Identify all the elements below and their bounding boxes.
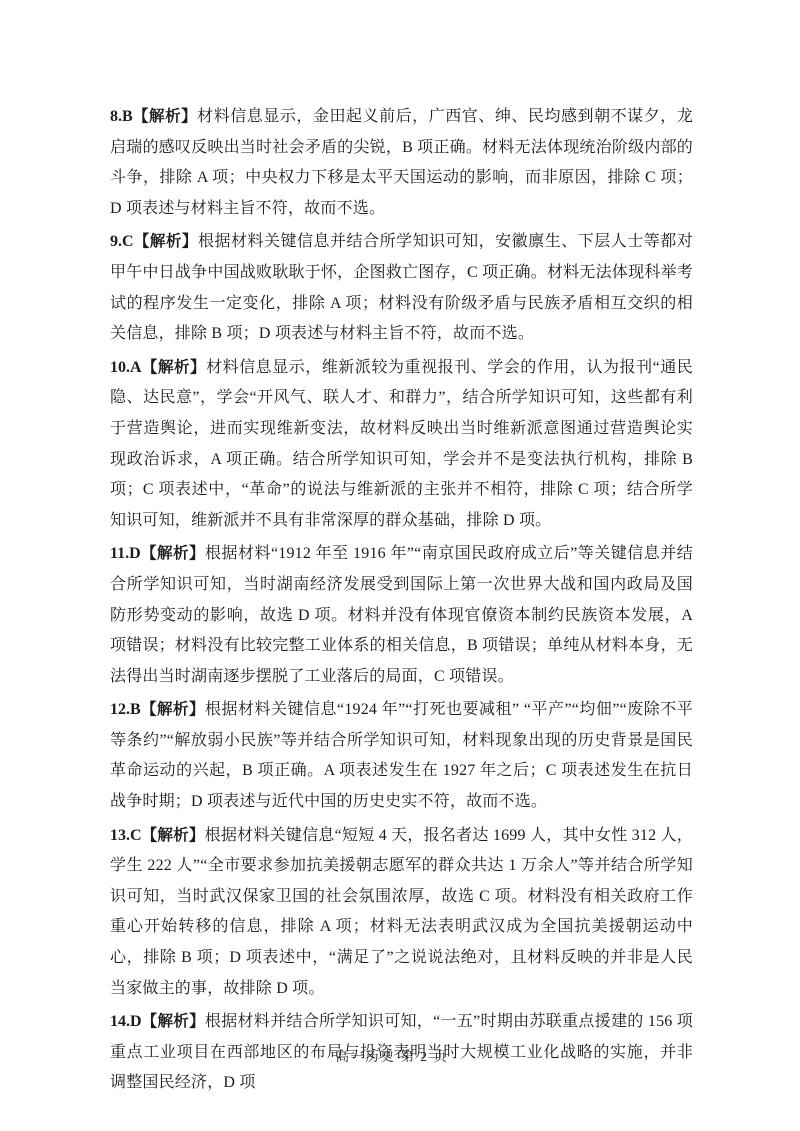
question-answer-label: 9.C <box>110 233 134 250</box>
question-answer-label: 8.B <box>110 108 133 125</box>
answer-item-12: 12.B【解析】根据材料关键信息“1924 年”“打死也要减租” “平产”“均佃… <box>110 695 693 817</box>
question-answer-label: 14.D <box>110 1013 142 1030</box>
analysis-text: 材料信息显示，维新派较为重视报刊、学会的作用，认为报刊“通民隐、达民意”，学会“… <box>110 359 693 529</box>
analysis-text: 根据材料关键信息并结合所学知识可知，安徽廪生、下层人士等都对甲午中日战争中国战败… <box>110 233 693 342</box>
analysis-marker: 【解析】 <box>134 233 198 250</box>
answer-item-8: 8.B【解析】材料信息显示，金田起义前后，广西官、绅、民均感到朝不谋夕，龙启瑞的… <box>110 102 693 224</box>
analysis-marker: 【解析】 <box>141 545 205 562</box>
answer-item-11: 11.D【解析】根据材料“1912 年至 1916 年”“南京国民政府成立后”等… <box>110 539 693 692</box>
analysis-marker: 【解析】 <box>133 108 198 125</box>
analysis-marker: 【解析】 <box>142 359 207 376</box>
question-answer-label: 10.A <box>110 359 142 376</box>
analysis-text: 根据材料关键信息“短短 4 天，报名者达 1699 人，其中女性 312 人，学… <box>110 827 693 997</box>
answer-item-10: 10.A【解析】材料信息显示，维新派较为重视报刊、学会的作用，认为报刊“通民隐、… <box>110 353 693 537</box>
question-answer-label: 11.D <box>110 545 141 562</box>
question-answer-label: 12.B <box>110 701 141 718</box>
analysis-marker: 【解析】 <box>142 1013 205 1030</box>
analysis-text: 根据材料“1912 年至 1916 年”“南京国民政府成立后”等关键信息并结合所… <box>110 545 693 684</box>
answer-item-9: 9.C【解析】根据材料关键信息并结合所学知识可知，安徽廪生、下层人士等都对甲午中… <box>110 227 693 349</box>
analysis-text: 材料信息显示，金田起义前后，广西官、绅、民均感到朝不谋夕，龙启瑞的感叹反映出当时… <box>110 108 693 217</box>
answer-item-13: 13.C【解析】根据材料关键信息“短短 4 天，报名者达 1699 人，其中女性… <box>110 821 693 1005</box>
page-footer: 高一历史 第 2 页 <box>0 1045 784 1065</box>
scanned-answer-sheet-page: 8.B【解析】材料信息显示，金田起义前后，广西官、绅、民均感到朝不谋夕，龙启瑞的… <box>0 0 800 1131</box>
analysis-marker: 【解析】 <box>141 701 205 718</box>
answer-analysis-list: 8.B【解析】材料信息显示，金田起义前后，广西官、绅、民均感到朝不谋夕，龙启瑞的… <box>110 102 693 1102</box>
question-answer-label: 13.C <box>110 827 142 844</box>
analysis-marker: 【解析】 <box>142 827 205 844</box>
